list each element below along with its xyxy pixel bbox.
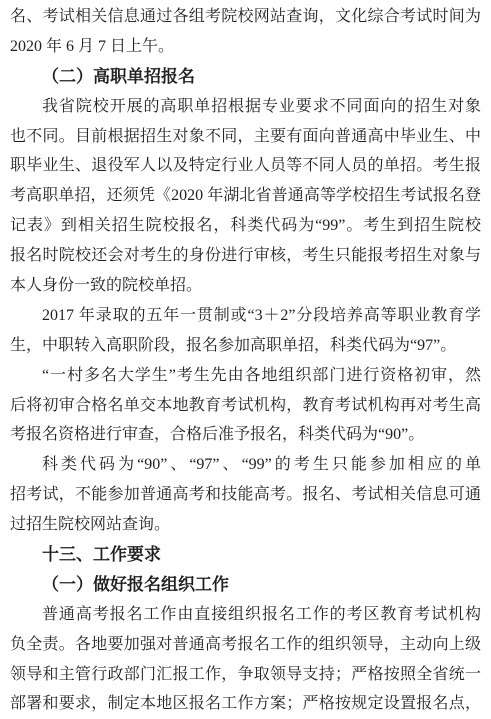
text-line: 考报名资格进行审查，合格后准予报名，科类代码为“90”。 — [10, 420, 481, 450]
subsection-heading: （二）高职单招报名 — [10, 62, 481, 92]
text-line: 也不同。目前根据招生对象不同，主要有面向普通高中毕业生、中 — [10, 122, 481, 152]
text-line: 后将初审合格名单交本地教育考试机构，教育考试机构再对考生高 — [10, 391, 481, 421]
text-line: 考高职单招，还须凭《2020 年湖北省普通高等学校招生考试报名登 — [10, 181, 481, 211]
text-line: 2020 年 6 月 7 日上午。 — [10, 32, 481, 62]
text-line: 名、考试相关信息通过各组考院校网站查询，文化综合考试时间为 — [10, 2, 481, 32]
text-line: 记表》到相关招生院校报名，科类代码为“99”。考生到招生院校 — [10, 211, 481, 241]
text-line: 负全责。各地要加强对普通高考报名工作的组织领导，主动向上级 — [10, 630, 481, 660]
text-line: 报名时院校还会对考生的身份进行审核，考生只能报考招生对象与 — [10, 241, 481, 271]
text-line: 领导和主管行政部门汇报工作，争取领导支持；严格按照全省统一 — [10, 660, 481, 690]
section-heading: 十三、工作要求 — [10, 540, 481, 570]
text-line: 普通高考报名工作由直接组织报名工作的考区教育考试机构 — [10, 600, 481, 630]
text-line: 本人身份一致的院校单招。 — [10, 271, 481, 301]
text-line: 我省院校开展的高职单招根据专业要求不同面向的招生对象 — [10, 92, 481, 122]
text-line: 过招生院校网站查询。 — [10, 510, 481, 540]
text-line: 部署和要求，制定本地区报名工作方案；严格按规定设置报名点， — [10, 689, 481, 719]
text-line: 科类代码为“90”、“97”、“99”的考生只能参加相应的单 — [10, 450, 481, 480]
subsection-heading: （一）做好报名组织工作 — [10, 570, 481, 600]
text-line: 生，中职转入高职阶段，报名参加高职单招，科类代码为“97”。 — [10, 331, 481, 361]
document-page: 名、考试相关信息通过各组考院校网站查询，文化综合考试时间为 2020 年 6 月… — [0, 0, 491, 719]
text-line: “一村多名大学生”考生先由各地组织部门进行资格初审，然 — [10, 361, 481, 391]
text-line: 招考试，不能参加普通高考和技能高考。报名、考试相关信息可通 — [10, 480, 481, 510]
text-line: 职毕业生、退役军人以及特定行业人员等不同人员的单招。考生报 — [10, 151, 481, 181]
text-line: 2017 年录取的五年一贯制或“3＋2”分段培养高等职业教育学 — [10, 301, 481, 331]
